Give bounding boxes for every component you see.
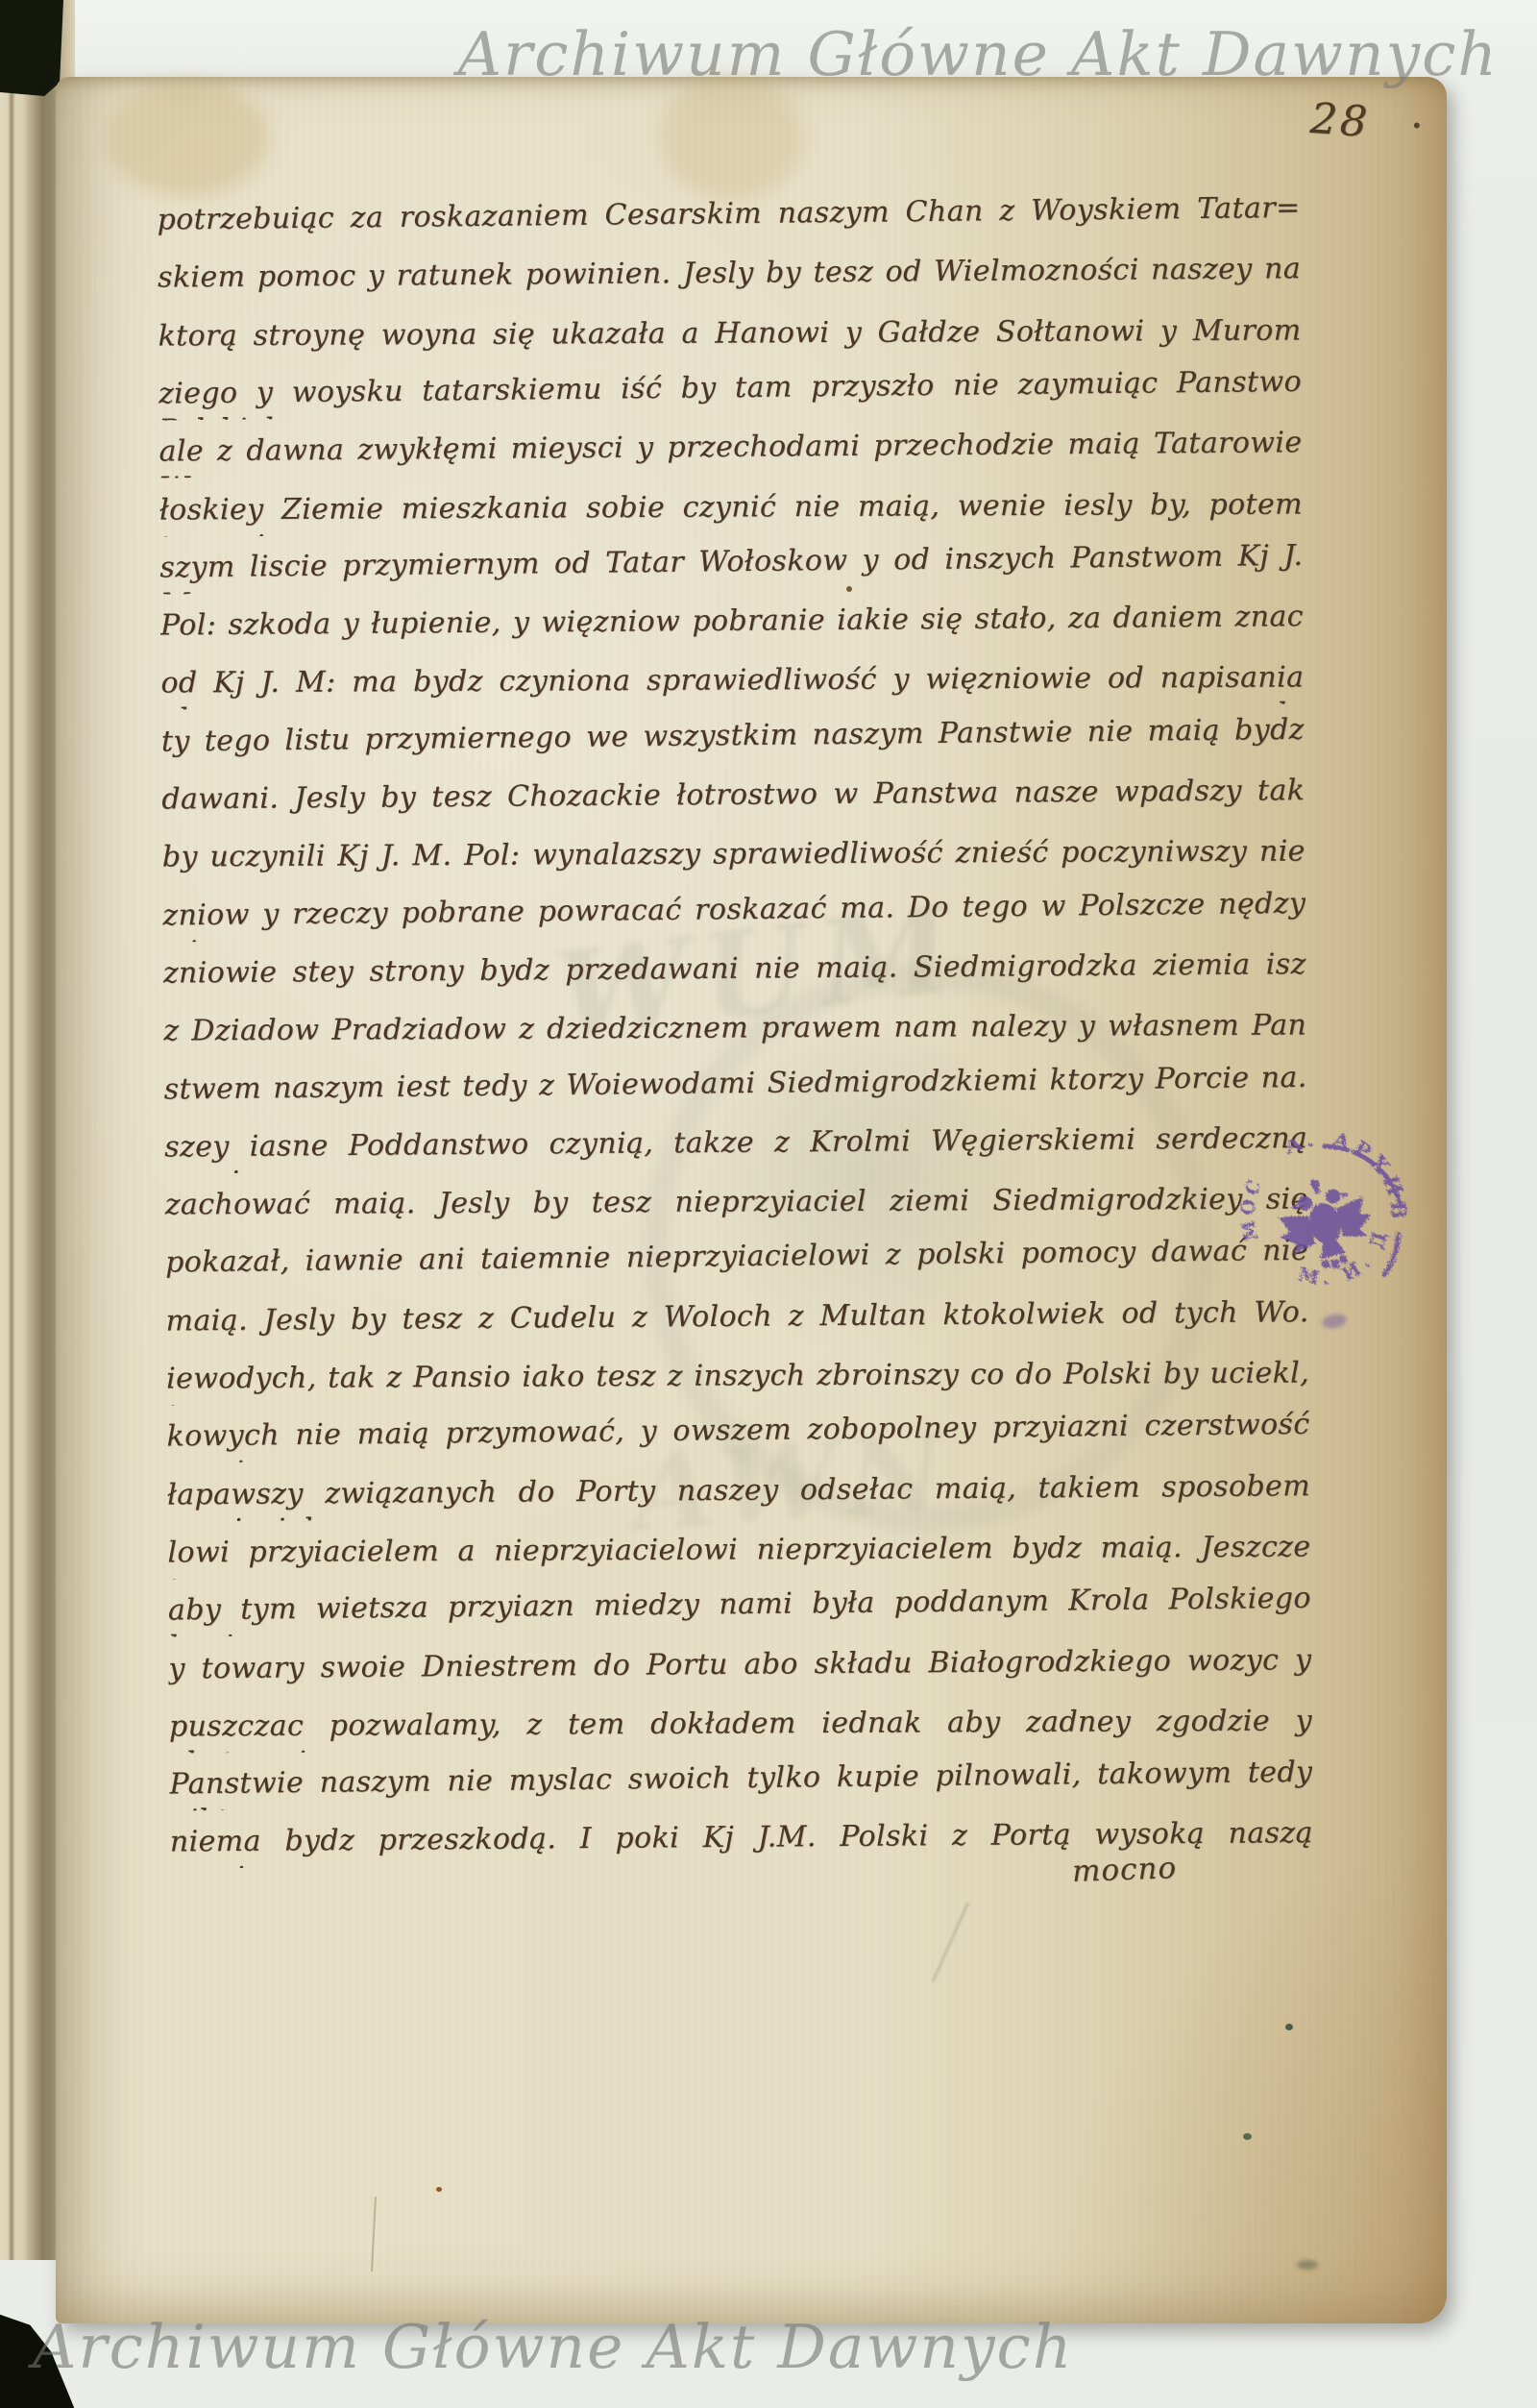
manuscript-line: zniowie stey strony bydz przedawani nie … — [163, 946, 1306, 999]
manuscript-line: od Kj J. M: ma bydz czyniona sprawiedliw… — [160, 660, 1304, 710]
manuscript-line: ziego y woysku tatarskiemu iść by tam pr… — [159, 364, 1302, 421]
manuscript-line: Pol: szkoda y łupienie, y więzniow pobra… — [160, 599, 1304, 651]
manuscript-line: maią. Jesly by tesz z Cudelu z Woloch z … — [165, 1294, 1308, 1347]
manuscript-line: łapawszy związanych do Porty naszey odse… — [167, 1468, 1310, 1521]
manuscript-line: ale z dawna zwykłęmi mieysci y przechoda… — [159, 425, 1302, 478]
manuscript-page: WUM AWN 28 potrzebuiąc za roskazaniem Ce… — [56, 77, 1447, 2323]
manuscript-line: szym liscie przymiernym od Tatar Wołosko… — [159, 538, 1303, 595]
manuscript-line: lowi przyiacielem a nieprzyiacielowi nie… — [167, 1529, 1310, 1579]
manuscript-line: puszczac pozwalamy, z tem dokładem iedna… — [169, 1703, 1312, 1753]
svg-text:МОС: МОС — [1226, 1169, 1281, 1243]
manuscript-line: szey iasne Poddanstwo czynią, takze z Kr… — [164, 1120, 1307, 1173]
manuscript-line: y towary swoie Dniestrem do Portu abo sk… — [168, 1642, 1311, 1695]
stamp-text-left: МОС — [1226, 1169, 1281, 1243]
manuscript-line: łoskiey Ziemie mieszkania sobie czynić n… — [159, 486, 1303, 536]
manuscript-line: zniow y rzeczy pobrane powracać roskazać… — [162, 885, 1305, 942]
manuscript-line: potrzebuiąc za roskazaniem Cesarskim nas… — [157, 190, 1300, 247]
manuscript-line: ktorą stroynę woyna się ukazała a Hanowi… — [158, 312, 1301, 362]
manuscript-line: iewodych, tak z Pansio iako tesz z inszy… — [166, 1355, 1309, 1405]
manuscript-line: kowych nie maią przymować, y owszem zobo… — [166, 1407, 1309, 1463]
manuscript-line: skiem pomoc y ratunek powinien. Jesly by… — [158, 251, 1301, 304]
manuscript-line: zachować maią. Jesly by tesz nieprzyiaci… — [165, 1182, 1308, 1232]
catchword: mocno — [1071, 1851, 1177, 1889]
manuscript-line: Panstwie naszym nie myslac swoich tylko … — [169, 1755, 1312, 1811]
scanned-document: WUM AWN 28 potrzebuiąc za roskazaniem Ce… — [0, 0, 1537, 2408]
manuscript-line: aby tym wietsza przyiazn miedzy nami był… — [168, 1581, 1311, 1637]
manuscript-line: ty tego listu przymiernego we wszystkim … — [161, 712, 1305, 769]
manuscript-line: by uczynili Kj J. M. Pol: wynalazszy spr… — [162, 834, 1305, 884]
manuscript-line: z Dziadow Pradziadow z dziedzicznem praw… — [163, 1008, 1306, 1058]
manuscript-line: pokazał, iawnie ani taiemnie nieprzyiaci… — [165, 1233, 1308, 1290]
manuscript-line: stwem naszym iest tedy z Woiewodami Sied… — [163, 1059, 1306, 1116]
manuscript-line: dawani. Jesly by tesz Chozackie łotrostw… — [161, 773, 1305, 825]
